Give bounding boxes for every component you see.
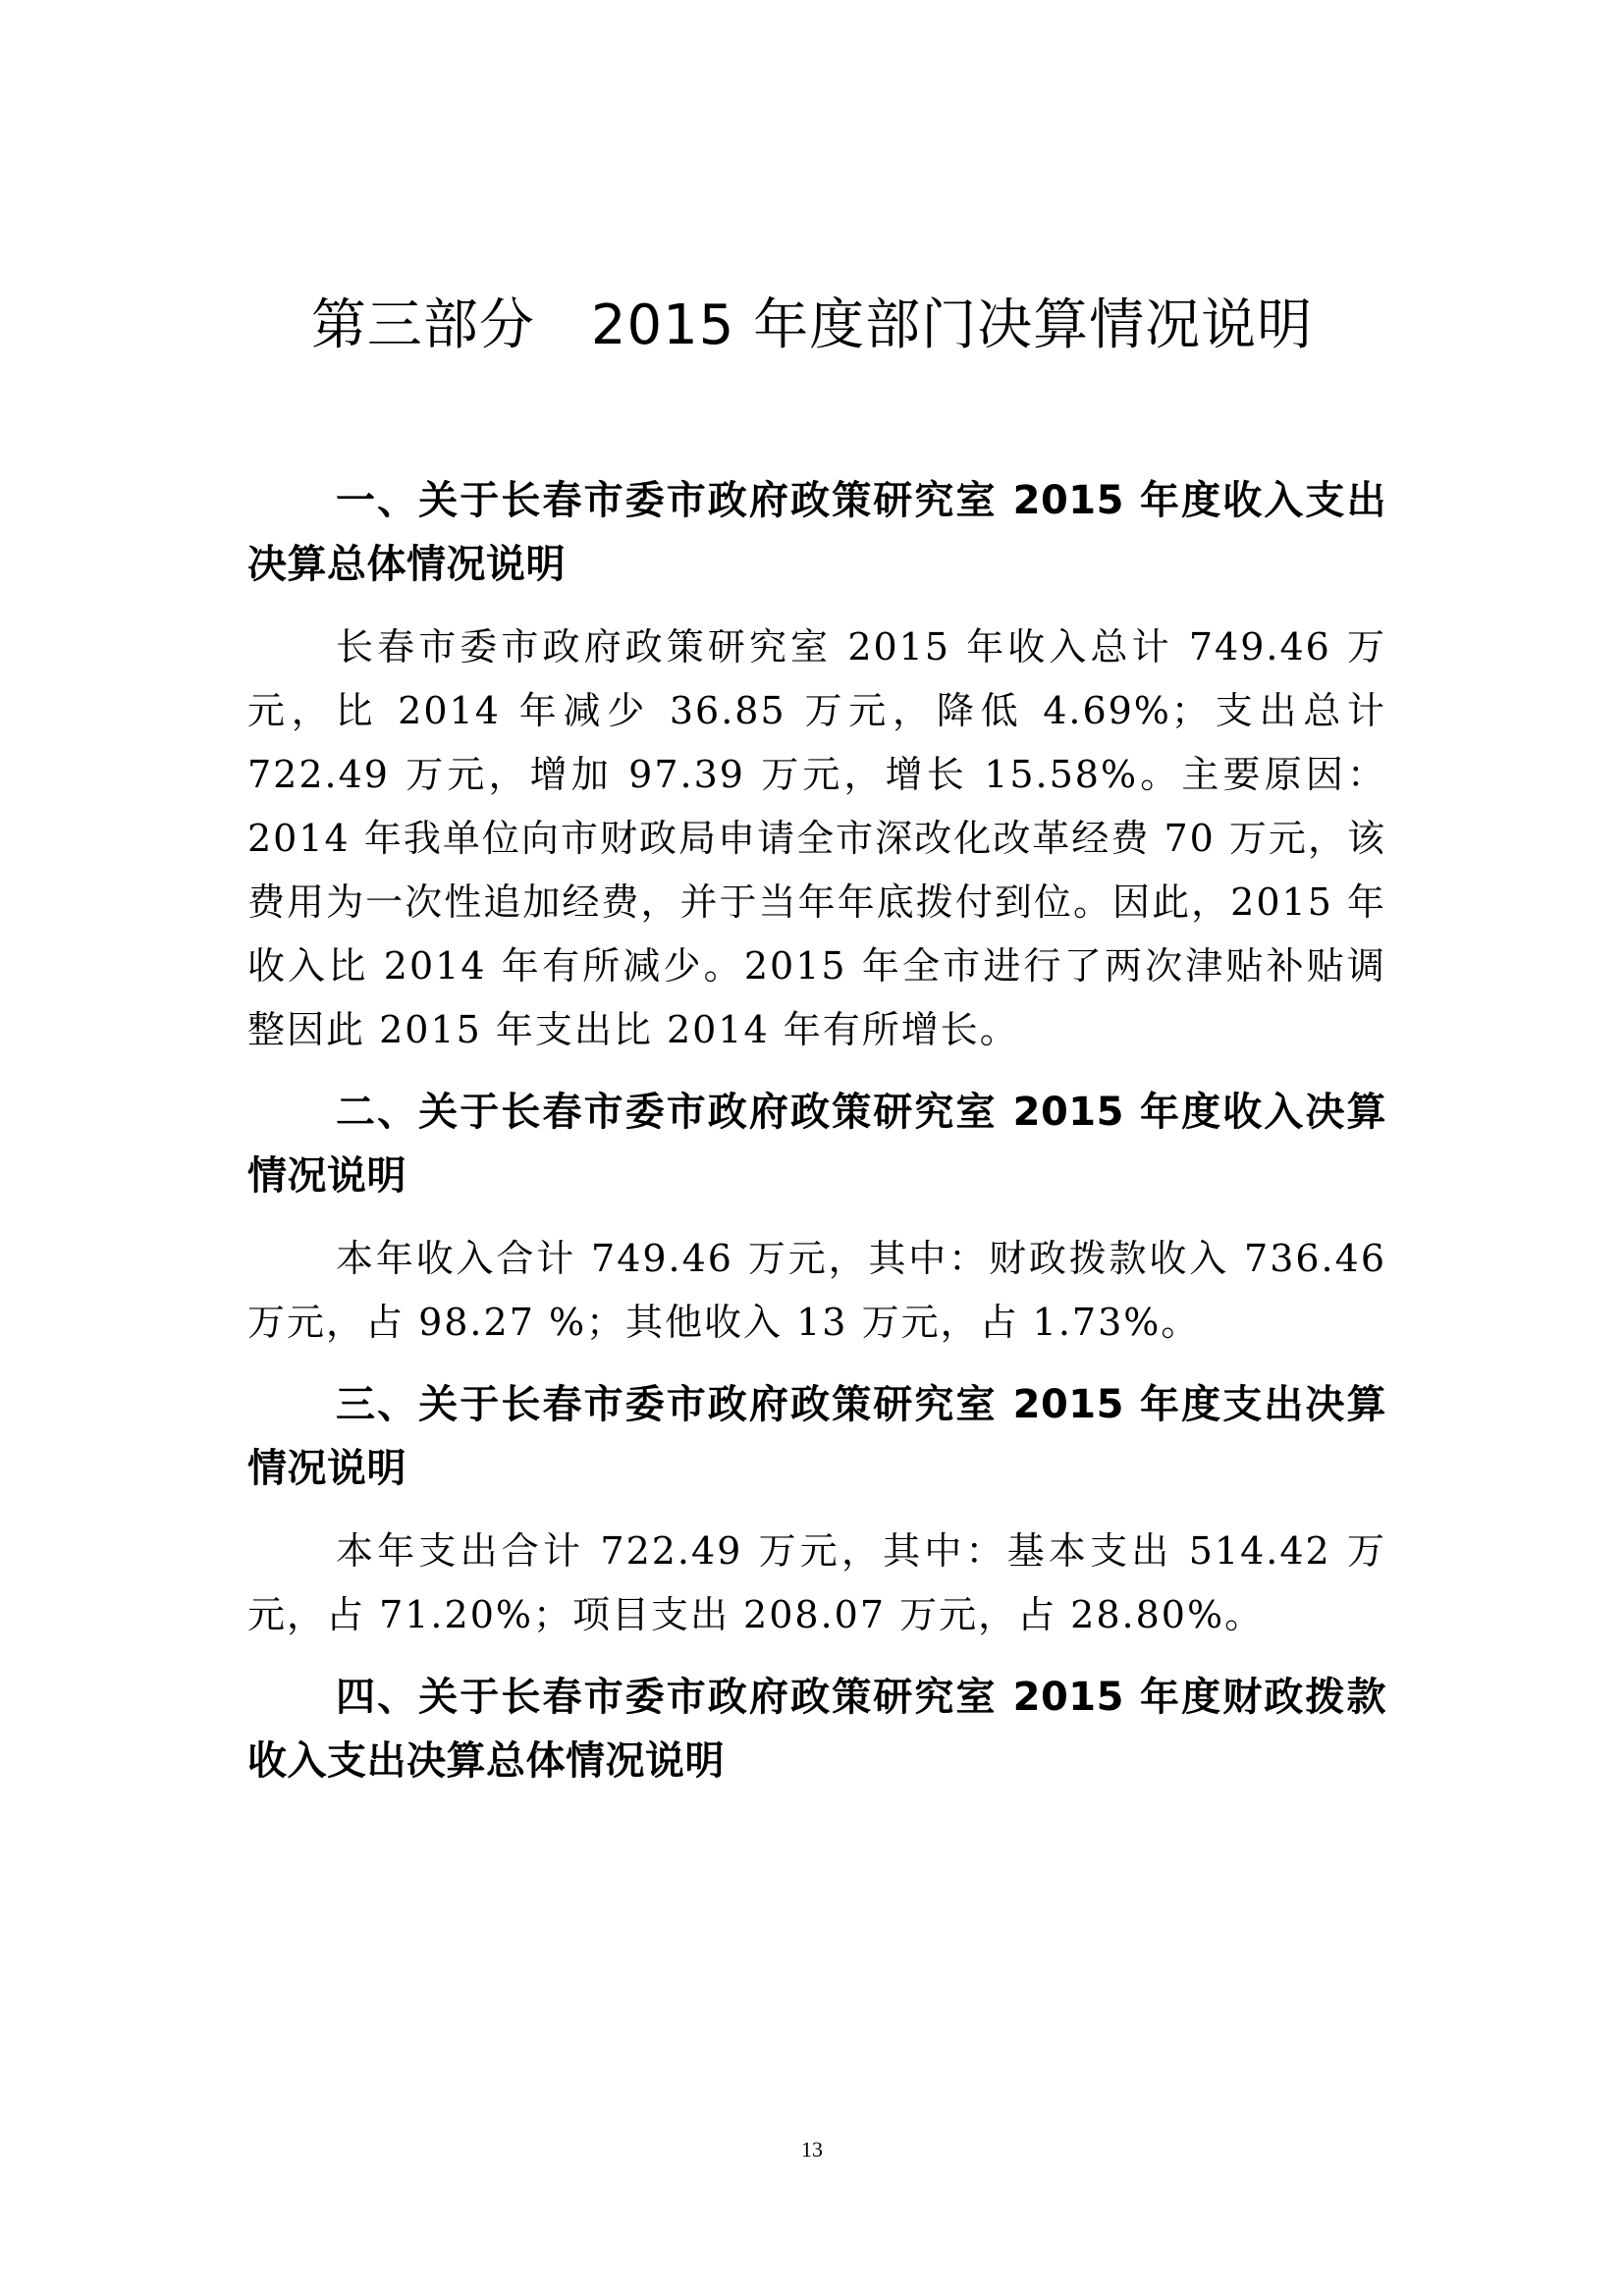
document-body: 一、关于长春市委市政府政策研究室 2015 年度收入支出决算总体情况说明 长春市… — [247, 469, 1386, 1812]
section-paragraph: 本年支出合计 722.49 万元，其中：基本支出 514.42 万元，占 71.… — [247, 1520, 1386, 1647]
page-number: 13 — [0, 2135, 1624, 2164]
section-4: 四、关于长春市委市政府政策研究室 2015 年度财政拨款收入支出决算总体情况说明 — [247, 1666, 1386, 1793]
page-title: 第三部分 2015 年度部门决算情况说明 — [0, 287, 1624, 365]
section-paragraph: 本年收入合计 749.46 万元，其中：财政拨款收入 736.46 万元，占 9… — [247, 1227, 1386, 1355]
section-paragraph: 长春市委市政府政策研究室 2015 年收入总计 749.46 万元，比 2014… — [247, 615, 1386, 1062]
section-heading: 三、关于长春市委市政府政策研究室 2015 年度支出决算情况说明 — [247, 1373, 1386, 1501]
document-page: 第三部分 2015 年度部门决算情况说明 一、关于长春市委市政府政策研究室 20… — [0, 0, 1624, 2296]
section-3: 三、关于长春市委市政府政策研究室 2015 年度支出决算情况说明 本年支出合计 … — [247, 1373, 1386, 1647]
section-heading: 四、关于长春市委市政府政策研究室 2015 年度财政拨款收入支出决算总体情况说明 — [247, 1666, 1386, 1793]
section-1: 一、关于长春市委市政府政策研究室 2015 年度收入支出决算总体情况说明 长春市… — [247, 469, 1386, 1062]
section-heading: 二、关于长春市委市政府政策研究室 2015 年度收入决算情况说明 — [247, 1081, 1386, 1208]
section-heading: 一、关于长春市委市政府政策研究室 2015 年度收入支出决算总体情况说明 — [247, 469, 1386, 597]
section-2: 二、关于长春市委市政府政策研究室 2015 年度收入决算情况说明 本年收入合计 … — [247, 1081, 1386, 1355]
